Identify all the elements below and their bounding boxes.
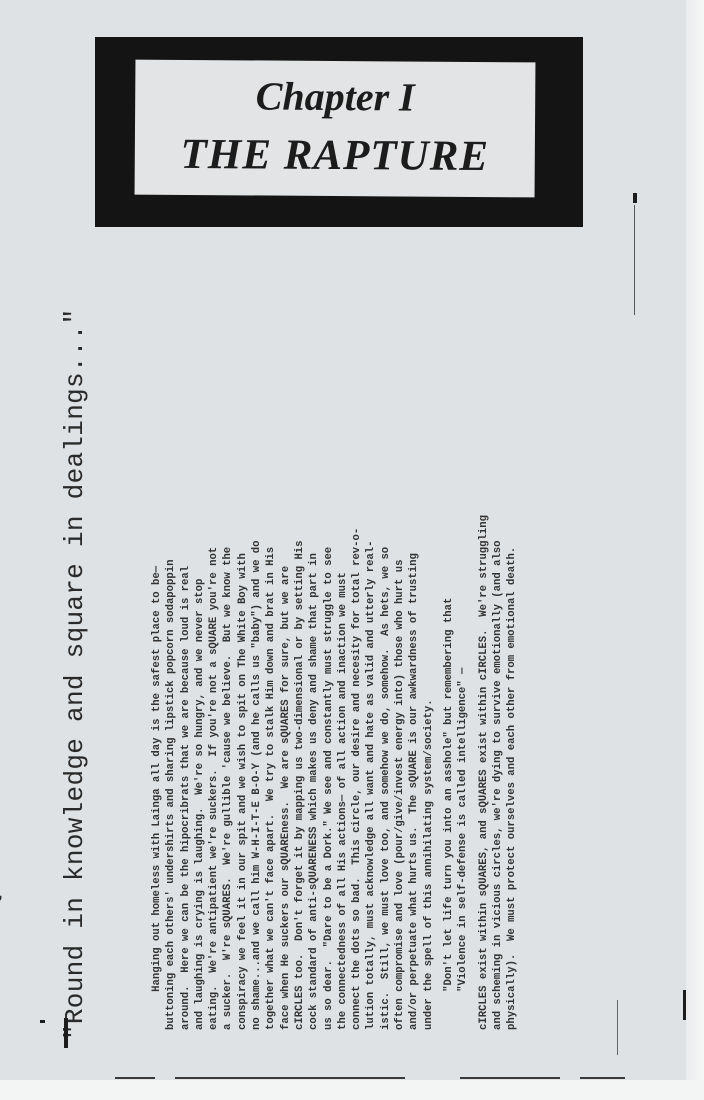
ink-mark [683,990,686,1020]
body-line: often compromise and love (pour/give/inv… [393,515,407,1030]
margin-line [617,1000,618,1055]
page-edge [686,0,704,1100]
body-line: Hanging out homeless with Lainga all day… [150,515,164,1030]
bottom-rule [175,1077,405,1079]
body-line: eating. We're antipatient we're suckers.… [207,515,221,1030]
body-line: "Violence in self-defense is called inte… [456,515,470,1030]
body-line: and/or perpetuate what hurts us. The sQU… [407,515,421,1030]
page-edge-bottom [0,1080,704,1100]
body-line: us so dear. "Dare to be a Dork." We see … [322,515,336,1030]
body-line: istic. Still, we must love too, and some… [379,515,393,1030]
chapter-banner: Chapter I THE RAPTURE [95,37,583,227]
body-line: "Don't let life turn you into an asshole… [442,515,456,1030]
ink-mark [64,1018,68,1048]
body-line: connect the dots so bad. This circle, ou… [350,515,364,1030]
margin-line [634,205,635,315]
body-text: Hanging out homeless with Lainga all day… [150,515,519,1030]
chapter-number: Chapter I [135,72,535,123]
club-heading: sQUARE aND cIRCLE cLUB [0,643,6,920]
body-line: cock standard of anti-sQUARENESS which m… [307,515,321,1030]
body-line: buttoning each others' undershirts and s… [164,515,178,1030]
body-line: physically). We must protect ourselves a… [505,515,519,1030]
body-line: conspiracy we feel it in our spit and we… [236,515,250,1030]
ink-mark [40,1020,45,1023]
body-line: cIRCLES exist within sQUARES, and sQUARE… [477,515,491,1030]
bottom-rule [580,1077,625,1079]
bottom-rule [460,1077,560,1079]
body-line: face when He suckers our sQUAREness. We … [279,515,293,1030]
body-line: and laughing is crying is laughing. We'r… [193,515,207,1030]
ink-mark [633,193,637,203]
body-line: the connectedness of all His actions— of… [336,515,350,1030]
body-line: no shame...and we call him W-H-I-T-E B-O… [250,515,264,1030]
body-line: around. Here we can be the hipocribrats … [179,515,193,1030]
body-line: and scheming in vicious circles, we're d… [491,515,505,1030]
body-line: lution totally, must acknowledge all wan… [364,515,378,1030]
body-line: cIRCLES too. Don't forget it by mapping … [293,515,307,1030]
bottom-rule [115,1077,155,1079]
chapter-banner-inner: Chapter I THE RAPTURE [135,60,536,198]
body-line: under the spell of this annihilating sys… [422,515,436,1030]
body-line: together what we can't face apart. We tr… [264,515,278,1030]
body-line: a sucker. W're sQUARES. We're gullible '… [221,515,235,1030]
chapter-title: THE RAPTURE [135,128,535,185]
epigraph: "Round in knowledge and square in dealin… [60,308,90,1040]
